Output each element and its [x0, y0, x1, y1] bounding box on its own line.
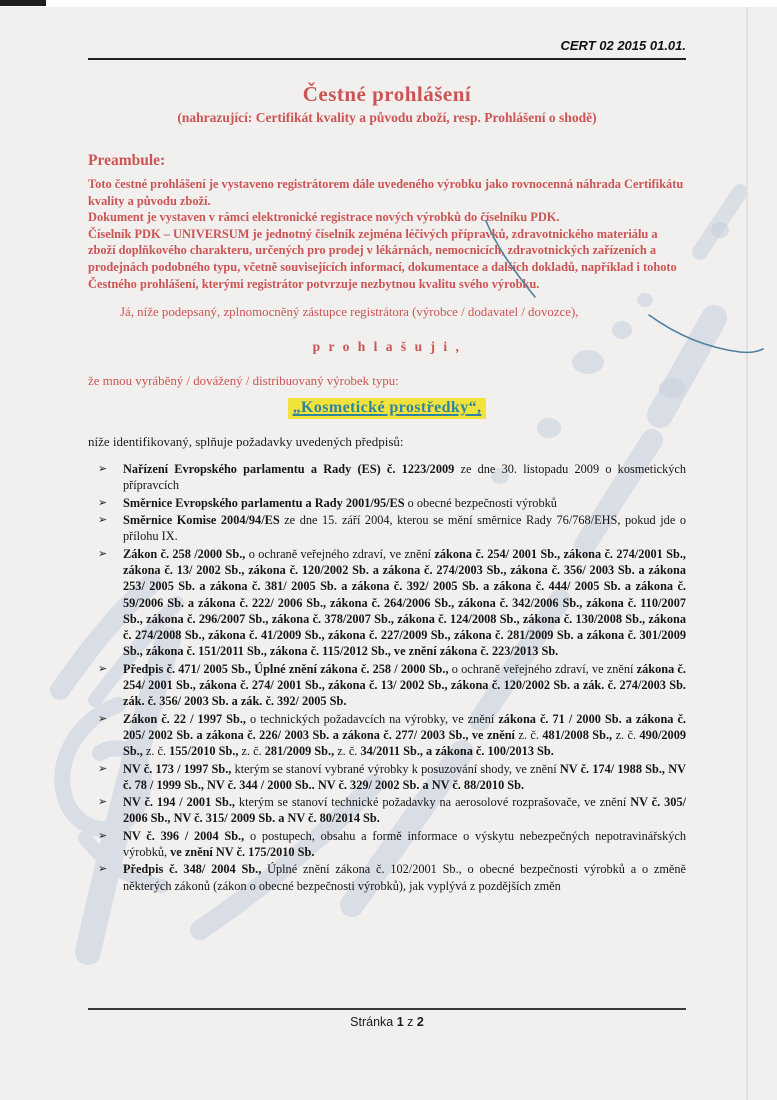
preamble: Toto čestné prohlášení je vystaveno regi…: [88, 176, 686, 292]
text-segment: Předpis č. 471/ 2005 Sb., Úplné znění zá…: [123, 662, 449, 676]
arrow-bullet-icon: ➢: [98, 761, 107, 777]
text-segment: 155/2010 Sb.,: [169, 744, 238, 758]
text-segment: 34/2011 Sb., a zákona č. 100/2013 Sb.: [360, 744, 553, 758]
text-segment: z. č.: [238, 744, 264, 758]
text-segment: o obecné bezpečnosti výrobků: [405, 496, 557, 510]
text-segment: z. č.: [612, 728, 639, 742]
list-item: ➢Předpis č. 348/ 2004 Sb., Úplné znění z…: [88, 861, 686, 894]
preamble-heading: Preambule:: [88, 152, 686, 170]
arrow-bullet-icon: ➢: [98, 861, 107, 877]
declarant-line: Já, níže podepsaný, zplnomocněný zástupc…: [120, 305, 686, 320]
scan-edge-strip: [0, 0, 777, 7]
text-segment: o technických požadavcích na výrobky, ve…: [246, 712, 498, 726]
text-segment: Směrnice Evropského parlamentu a Rady 20…: [123, 496, 405, 510]
preamble-paragraph: Číselník PDK – UNIVERSUM je jednotný čís…: [88, 226, 686, 292]
text-segment: Zákon č. 22 / 1997 Sb.,: [123, 712, 246, 726]
text-segment: z. č.: [337, 744, 360, 758]
text-segment: o ochraně veřejného zdraví, ve znění: [449, 662, 637, 676]
document-content: CERT 02 2015 01.01. Čestné prohlášení (n…: [88, 0, 686, 895]
arrow-bullet-icon: ➢: [98, 495, 107, 511]
declaration-word: p r o h l a š u j i ,: [88, 339, 686, 355]
page-subtitle: (nahrazující: Certifikát kvality a původ…: [88, 110, 686, 126]
regulations-list: ➢Nařízení Evropského parlamentu a Rady (…: [88, 461, 686, 894]
arrow-bullet-icon: ➢: [98, 546, 107, 562]
text-segment: NV č. 173 / 1997 Sb.,: [123, 762, 231, 776]
text-segment: Směrnice Komise 2004/94/ES: [123, 513, 280, 527]
text-segment: NV č. 396 / 2004 Sb.,: [123, 829, 244, 843]
text-segment: Předpis č. 348/ 2004 Sb.,: [123, 862, 261, 876]
text-segment: Nařízení Evropského parlamentu a Rady (E…: [123, 462, 454, 476]
product-intro-line: že mnou vyráběný / dovážený / distribuov…: [88, 374, 686, 389]
arrow-bullet-icon: ➢: [98, 461, 107, 477]
list-intro-line: níže identifikovaný, splňuje požadavky u…: [88, 434, 686, 450]
list-item: ➢Směrnice Komise 2004/94/ES ze dne 15. z…: [88, 512, 686, 545]
list-item: ➢NV č. 173 / 1997 Sb., kterým se stanoví…: [88, 761, 686, 794]
list-item: ➢Nařízení Evropského parlamentu a Rady (…: [88, 461, 686, 494]
scanned-document-page: CERT 02 2015 01.01. Čestné prohlášení (n…: [0, 0, 777, 1100]
text-segment: Stránka: [350, 1015, 397, 1029]
arrow-bullet-icon: ➢: [98, 711, 107, 727]
text-segment: z. č.: [518, 728, 542, 742]
arrow-bullet-icon: ➢: [98, 661, 107, 677]
text-segment: Zákon č. 258 /2000 Sb.,: [123, 547, 245, 561]
arrow-bullet-icon: ➢: [98, 794, 107, 810]
text-segment: zákona č. 254/ 2001 Sb., zákona č. 274/2…: [123, 547, 686, 659]
page-title: Čestné prohlášení: [88, 82, 686, 107]
text-segment: 281/2009 Sb.,: [265, 744, 337, 758]
text-segment: z: [404, 1015, 417, 1029]
text-segment: z. č.: [143, 744, 169, 758]
list-item: ➢NV č. 396 / 2004 Sb., o postupech, obsa…: [88, 828, 686, 861]
text-segment: 481/2008 Sb.,: [542, 728, 612, 742]
preamble-paragraph: Dokument je vystaven v rámci elektronick…: [88, 209, 686, 226]
text-segment: kterým se stanoví vybrané výrobky k posu…: [231, 762, 559, 776]
text-segment: 1: [397, 1015, 404, 1029]
list-item: ➢Zákon č. 258 /2000 Sb., o ochraně veřej…: [88, 546, 686, 660]
list-item: ➢Předpis č. 471/ 2005 Sb., Úplné znění z…: [88, 661, 686, 710]
paper-edge-line: [746, 0, 748, 1100]
document-reference: CERT 02 2015 01.01.: [88, 38, 686, 60]
arrow-bullet-icon: ➢: [98, 512, 107, 528]
scan-artifact: [0, 0, 46, 6]
product-type-line: „Kosmetické prostředky“,: [88, 398, 686, 419]
preamble-paragraph: Toto čestné prohlášení je vystaveno regi…: [88, 176, 686, 209]
product-type-highlight: „Kosmetické prostředky“,: [288, 398, 487, 419]
text-segment: ve znění NV č. 175/2010 Sb.: [170, 845, 314, 859]
text-segment: NV č. 194 / 2001 Sb.,: [123, 795, 235, 809]
text-segment: kterým se stanoví technické požadavky na…: [235, 795, 630, 809]
list-item: ➢Směrnice Evropského parlamentu a Rady 2…: [88, 495, 686, 511]
list-item: ➢NV č. 194 / 2001 Sb., kterým se stanoví…: [88, 794, 686, 827]
text-segment: o ochraně veřejného zdraví, ve znění: [245, 547, 434, 561]
arrow-bullet-icon: ➢: [98, 828, 107, 844]
page-footer: Stránka 1 z 2: [88, 1008, 686, 1029]
text-segment: 2: [417, 1015, 424, 1029]
list-item: ➢Zákon č. 22 / 1997 Sb., o technických p…: [88, 711, 686, 760]
